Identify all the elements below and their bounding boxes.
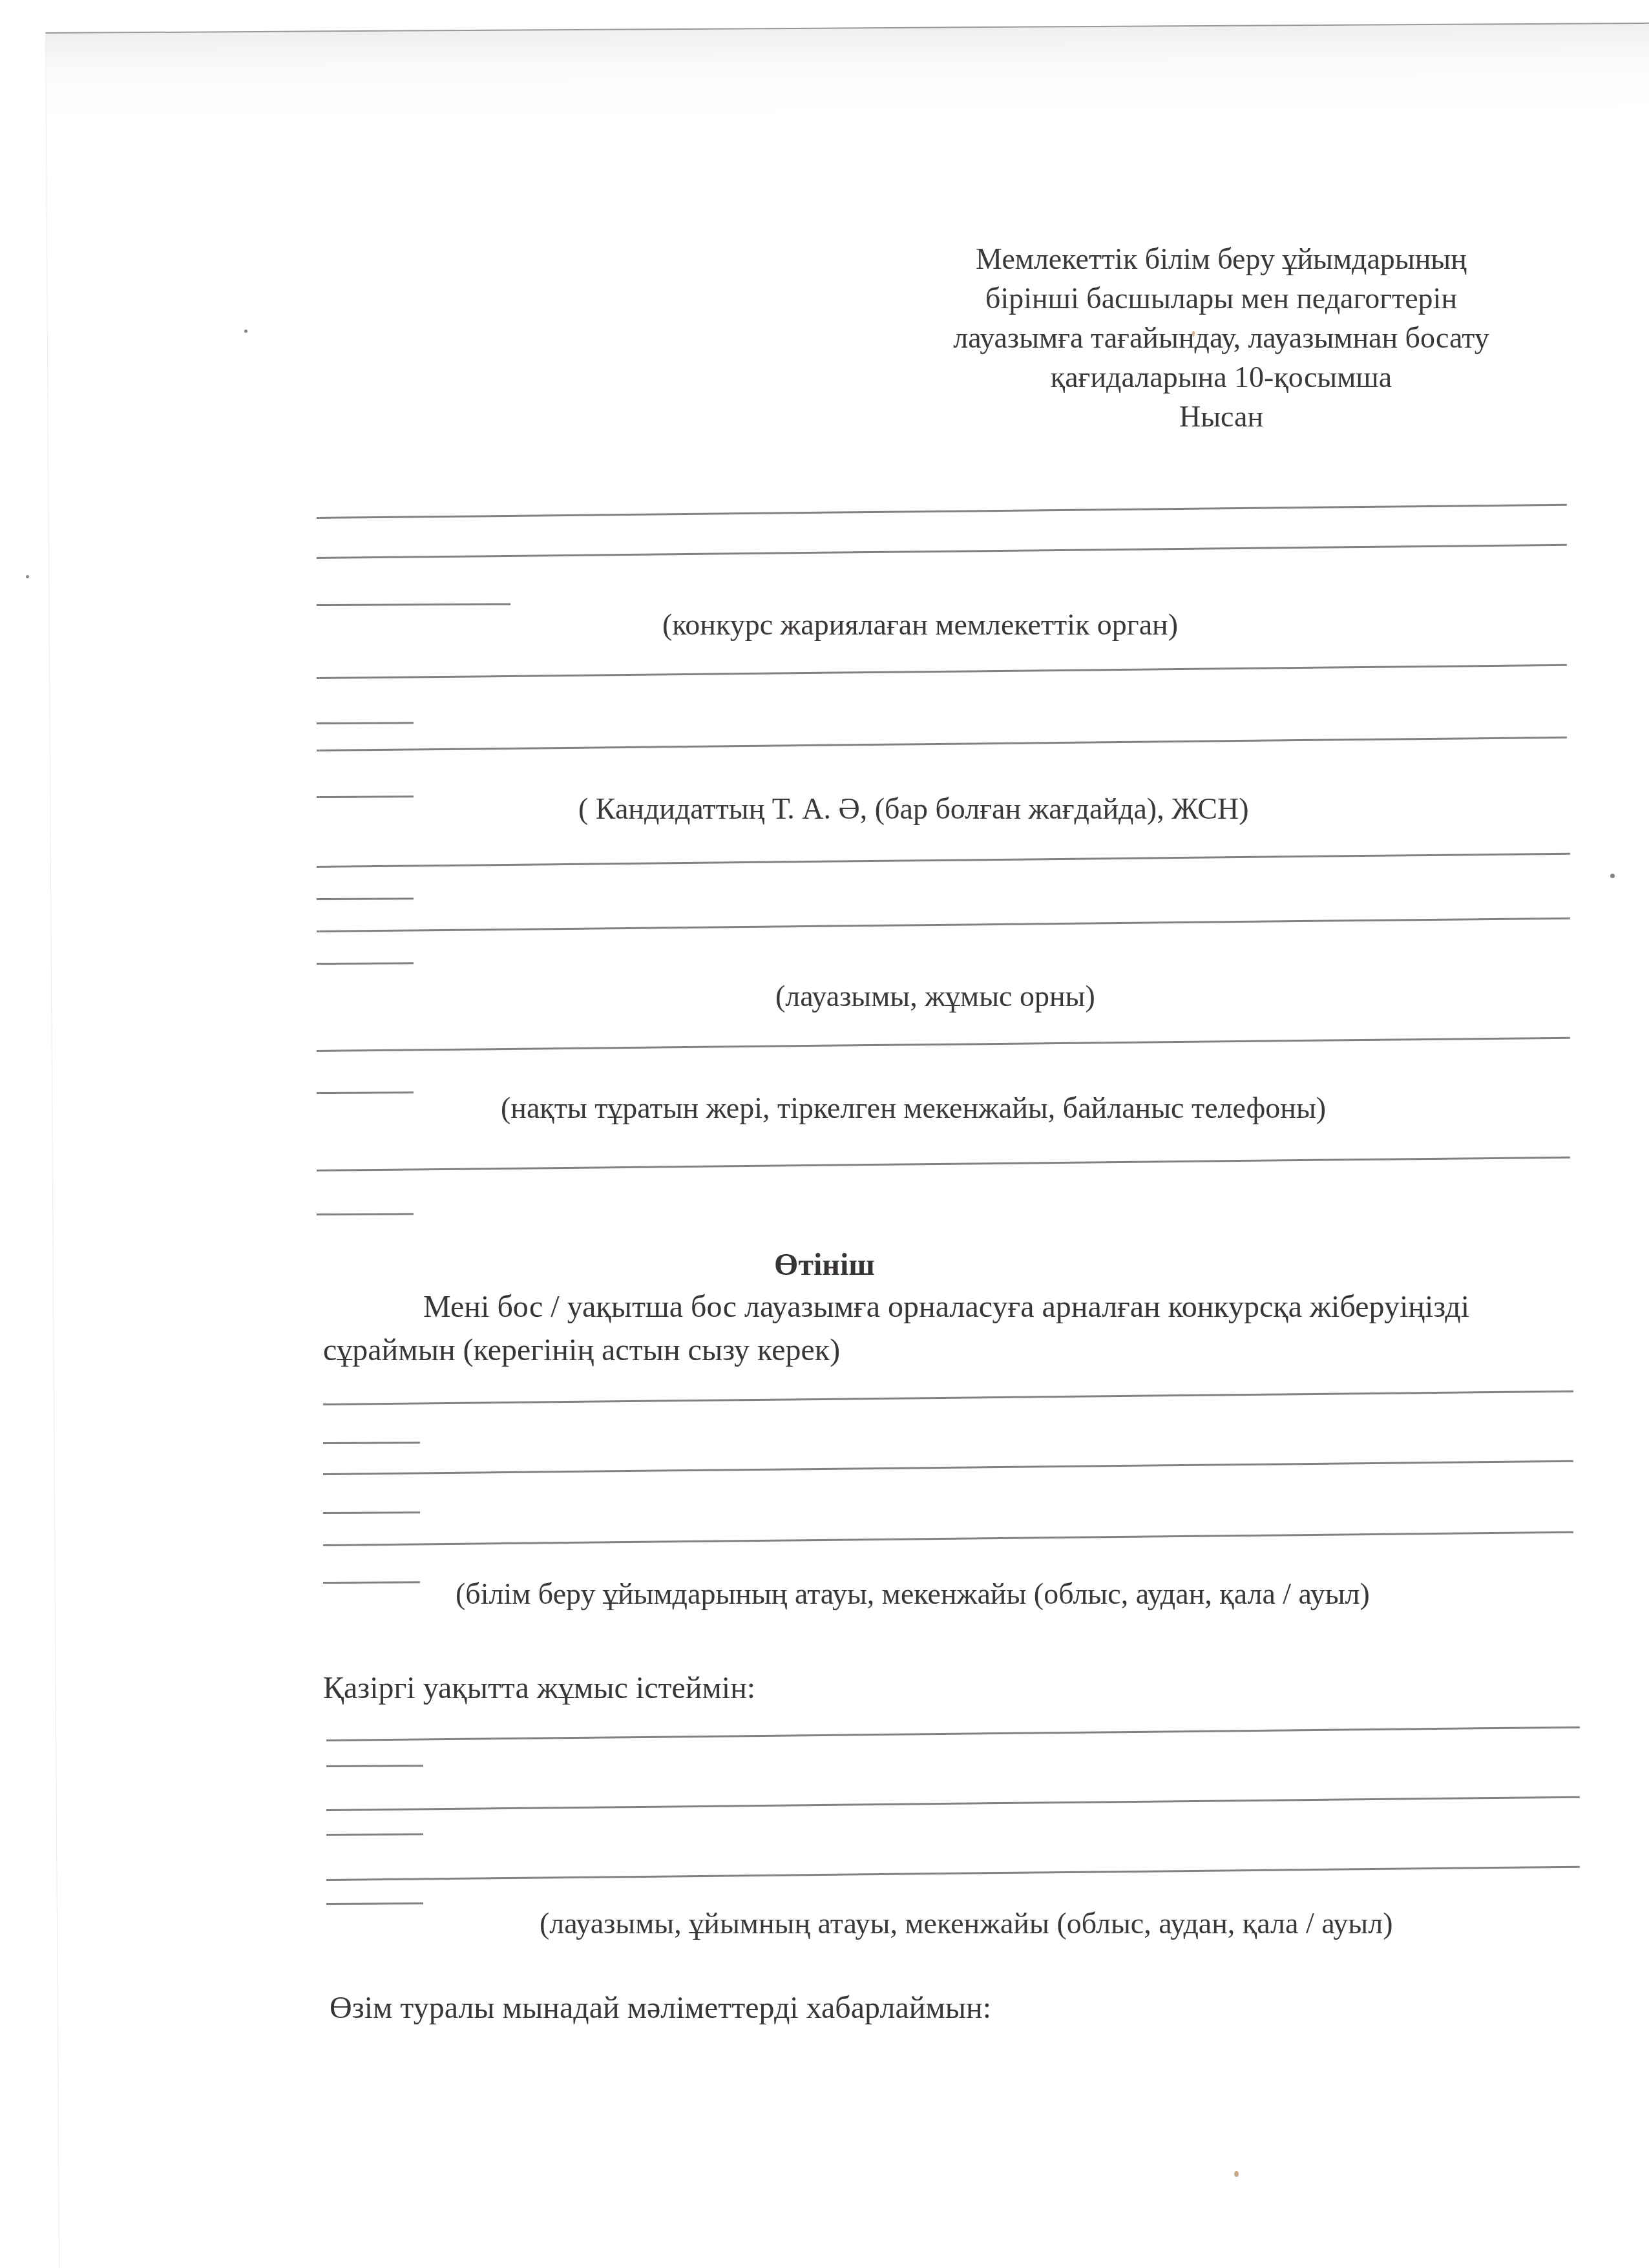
caption-candidate-name: ( Кандидаттың Т. А. Ә, (бар болған жағда… — [578, 792, 1248, 826]
scan-speck — [1234, 2171, 1239, 2177]
form-label: Нысан — [892, 397, 1551, 436]
request-text-line2: сұраймын (керегінің астын сызу керек) — [323, 1332, 840, 1368]
header-line: бірінші басшылары мен педагогтерін — [892, 278, 1551, 318]
scan-speck — [1192, 331, 1195, 337]
currently-working-label: Қазіргі уақытта жұмыс істеймін: — [323, 1670, 755, 1706]
caption-state-body: (конкурс жариялаған мемлекеттік орган) — [662, 607, 1178, 642]
caption-education-org: (білім беру ұйымдарының атауы, мекенжайы… — [456, 1577, 1370, 1611]
caption-current-org: (лауазымы, ұйымның атауы, мекенжайы (обл… — [540, 1906, 1392, 1940]
about-me-label: Өзім туралы мынадай мәліметтерді хабарла… — [330, 1990, 991, 2026]
form-header: Мемлекеттік білім беру ұйымдарының бірін… — [892, 239, 1551, 436]
scan-speck — [26, 575, 29, 578]
application-title: Өтініш — [0, 1247, 1649, 1283]
scan-speck — [244, 330, 247, 333]
header-line: Мемлекеттік білім беру ұйымдарының — [892, 239, 1551, 278]
header-line: қағидаларына 10-қосымша — [892, 357, 1551, 397]
request-text-line1: Мені бос / уақытша бос лауазымға орналас… — [423, 1289, 1469, 1325]
caption-address-phone: (нақты тұратын жері, тіркелген мекенжайы… — [501, 1091, 1326, 1125]
scan-speck — [1610, 874, 1615, 878]
caption-position-workplace: (лауазымы, жұмыс орны) — [775, 979, 1095, 1013]
header-line: лауазымға тағайындау, лауазымнан босату — [892, 318, 1551, 357]
